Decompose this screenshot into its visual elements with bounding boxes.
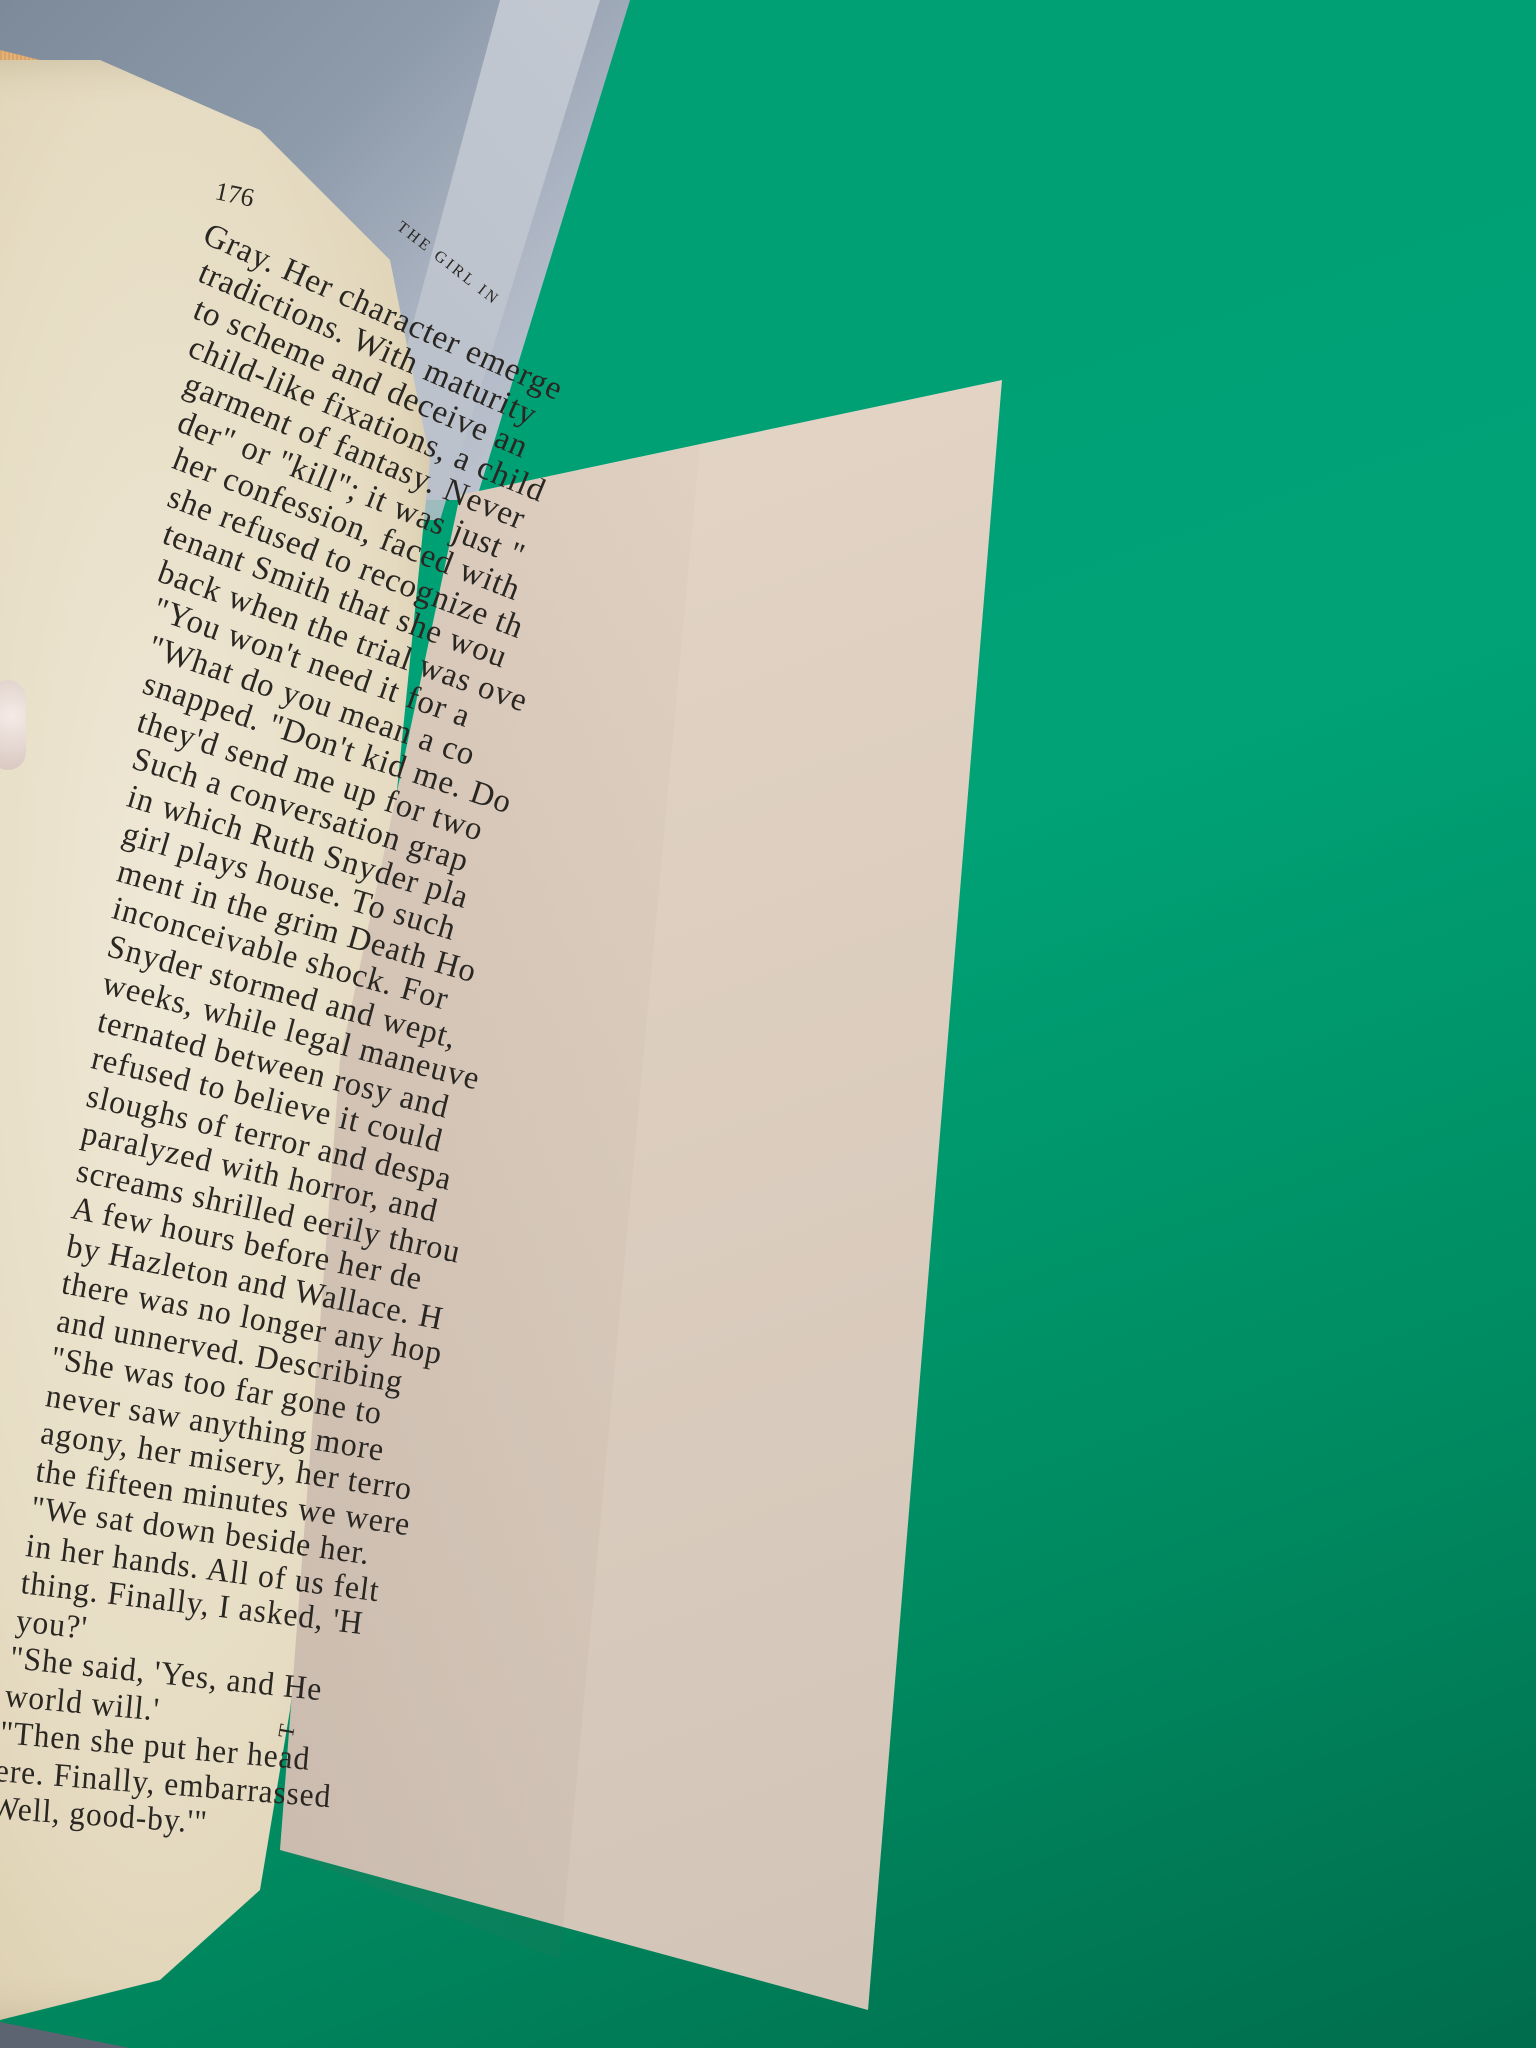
running-head: THE GIRL IN — [393, 218, 503, 310]
page-number: 176 — [212, 176, 256, 213]
photo-scene: 176 THE GIRL IN Gray. Her character emer… — [0, 0, 1536, 2048]
page-text: 176 THE GIRL IN Gray. Her character emer… — [0, 0, 520, 2048]
finger — [0, 680, 26, 770]
footer-fragment: T — [273, 1722, 301, 1740]
